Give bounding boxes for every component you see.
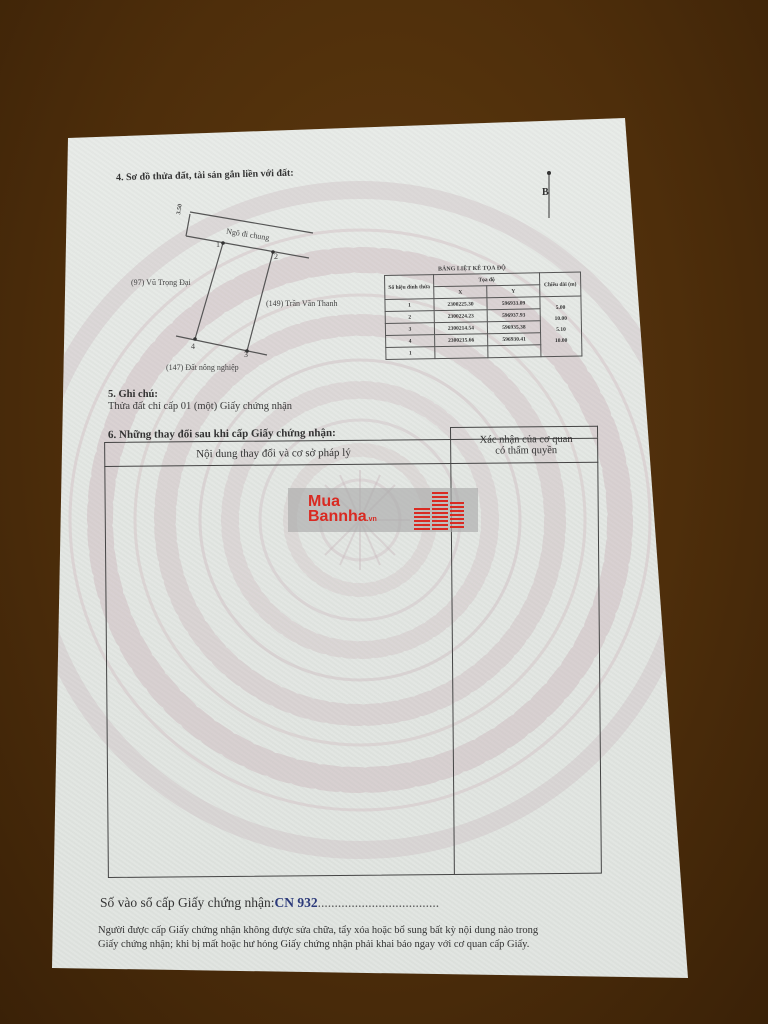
header-point: Số hiệu đỉnh thửa xyxy=(385,275,434,300)
header-length: Chiều dài (m) xyxy=(539,272,580,297)
section4-heading: 4. Sơ đồ thửa đất, tài sản gắn liền với … xyxy=(116,168,294,184)
parcel-diagram xyxy=(120,200,380,380)
mua-ban-nha-watermark: Mua Bannha.vn xyxy=(288,488,478,532)
point-2-label: 2 xyxy=(274,252,278,261)
section5-note: Thửa đất chỉ cấp 01 (một) Giấy chứng nhậ… xyxy=(108,401,292,412)
point-3-label: 3 xyxy=(244,350,248,359)
neighbor-right-label: (149) Trần Văn Thanh xyxy=(266,299,337,308)
point-1-label: 1 xyxy=(216,240,220,249)
neighbor-left-label: (97) Vũ Trọng Đại xyxy=(131,278,191,287)
col-authority-header: Xác nhận của cơ quan có thẩm quyền xyxy=(456,434,596,457)
section5-heading: 5. Ghi chú: xyxy=(108,389,158,400)
coord-table-title: BẢNG LIỆT KÊ TỌA ĐỘ xyxy=(438,265,506,272)
footer-warning: Người được cấp Giấy chứng nhận không đượ… xyxy=(98,924,538,952)
lengths-cell: 5.00 10.00 5.10 10.00 xyxy=(540,296,582,357)
col-content-header: Nội dung thay đổi và cơ sở pháp lý xyxy=(196,447,351,460)
registry-line: Số vào sổ cấp Giấy chứng nhận:CN 932....… xyxy=(100,895,439,911)
point-4-label: 4 xyxy=(191,342,195,351)
header-y: Y xyxy=(487,285,540,298)
north-label: B xyxy=(542,187,549,198)
registry-number: CN 932 xyxy=(275,895,318,910)
neighbor-bottom-label: (147) Đất nông nghiệp xyxy=(166,363,239,372)
coord-table: Số hiệu đỉnh thửa Tọa độ Chiều dài (m) X… xyxy=(384,272,582,360)
header-x: X xyxy=(434,286,487,299)
certificate-page: 4. Sơ đồ thửa đất, tài sản gắn liền với … xyxy=(0,0,768,1024)
